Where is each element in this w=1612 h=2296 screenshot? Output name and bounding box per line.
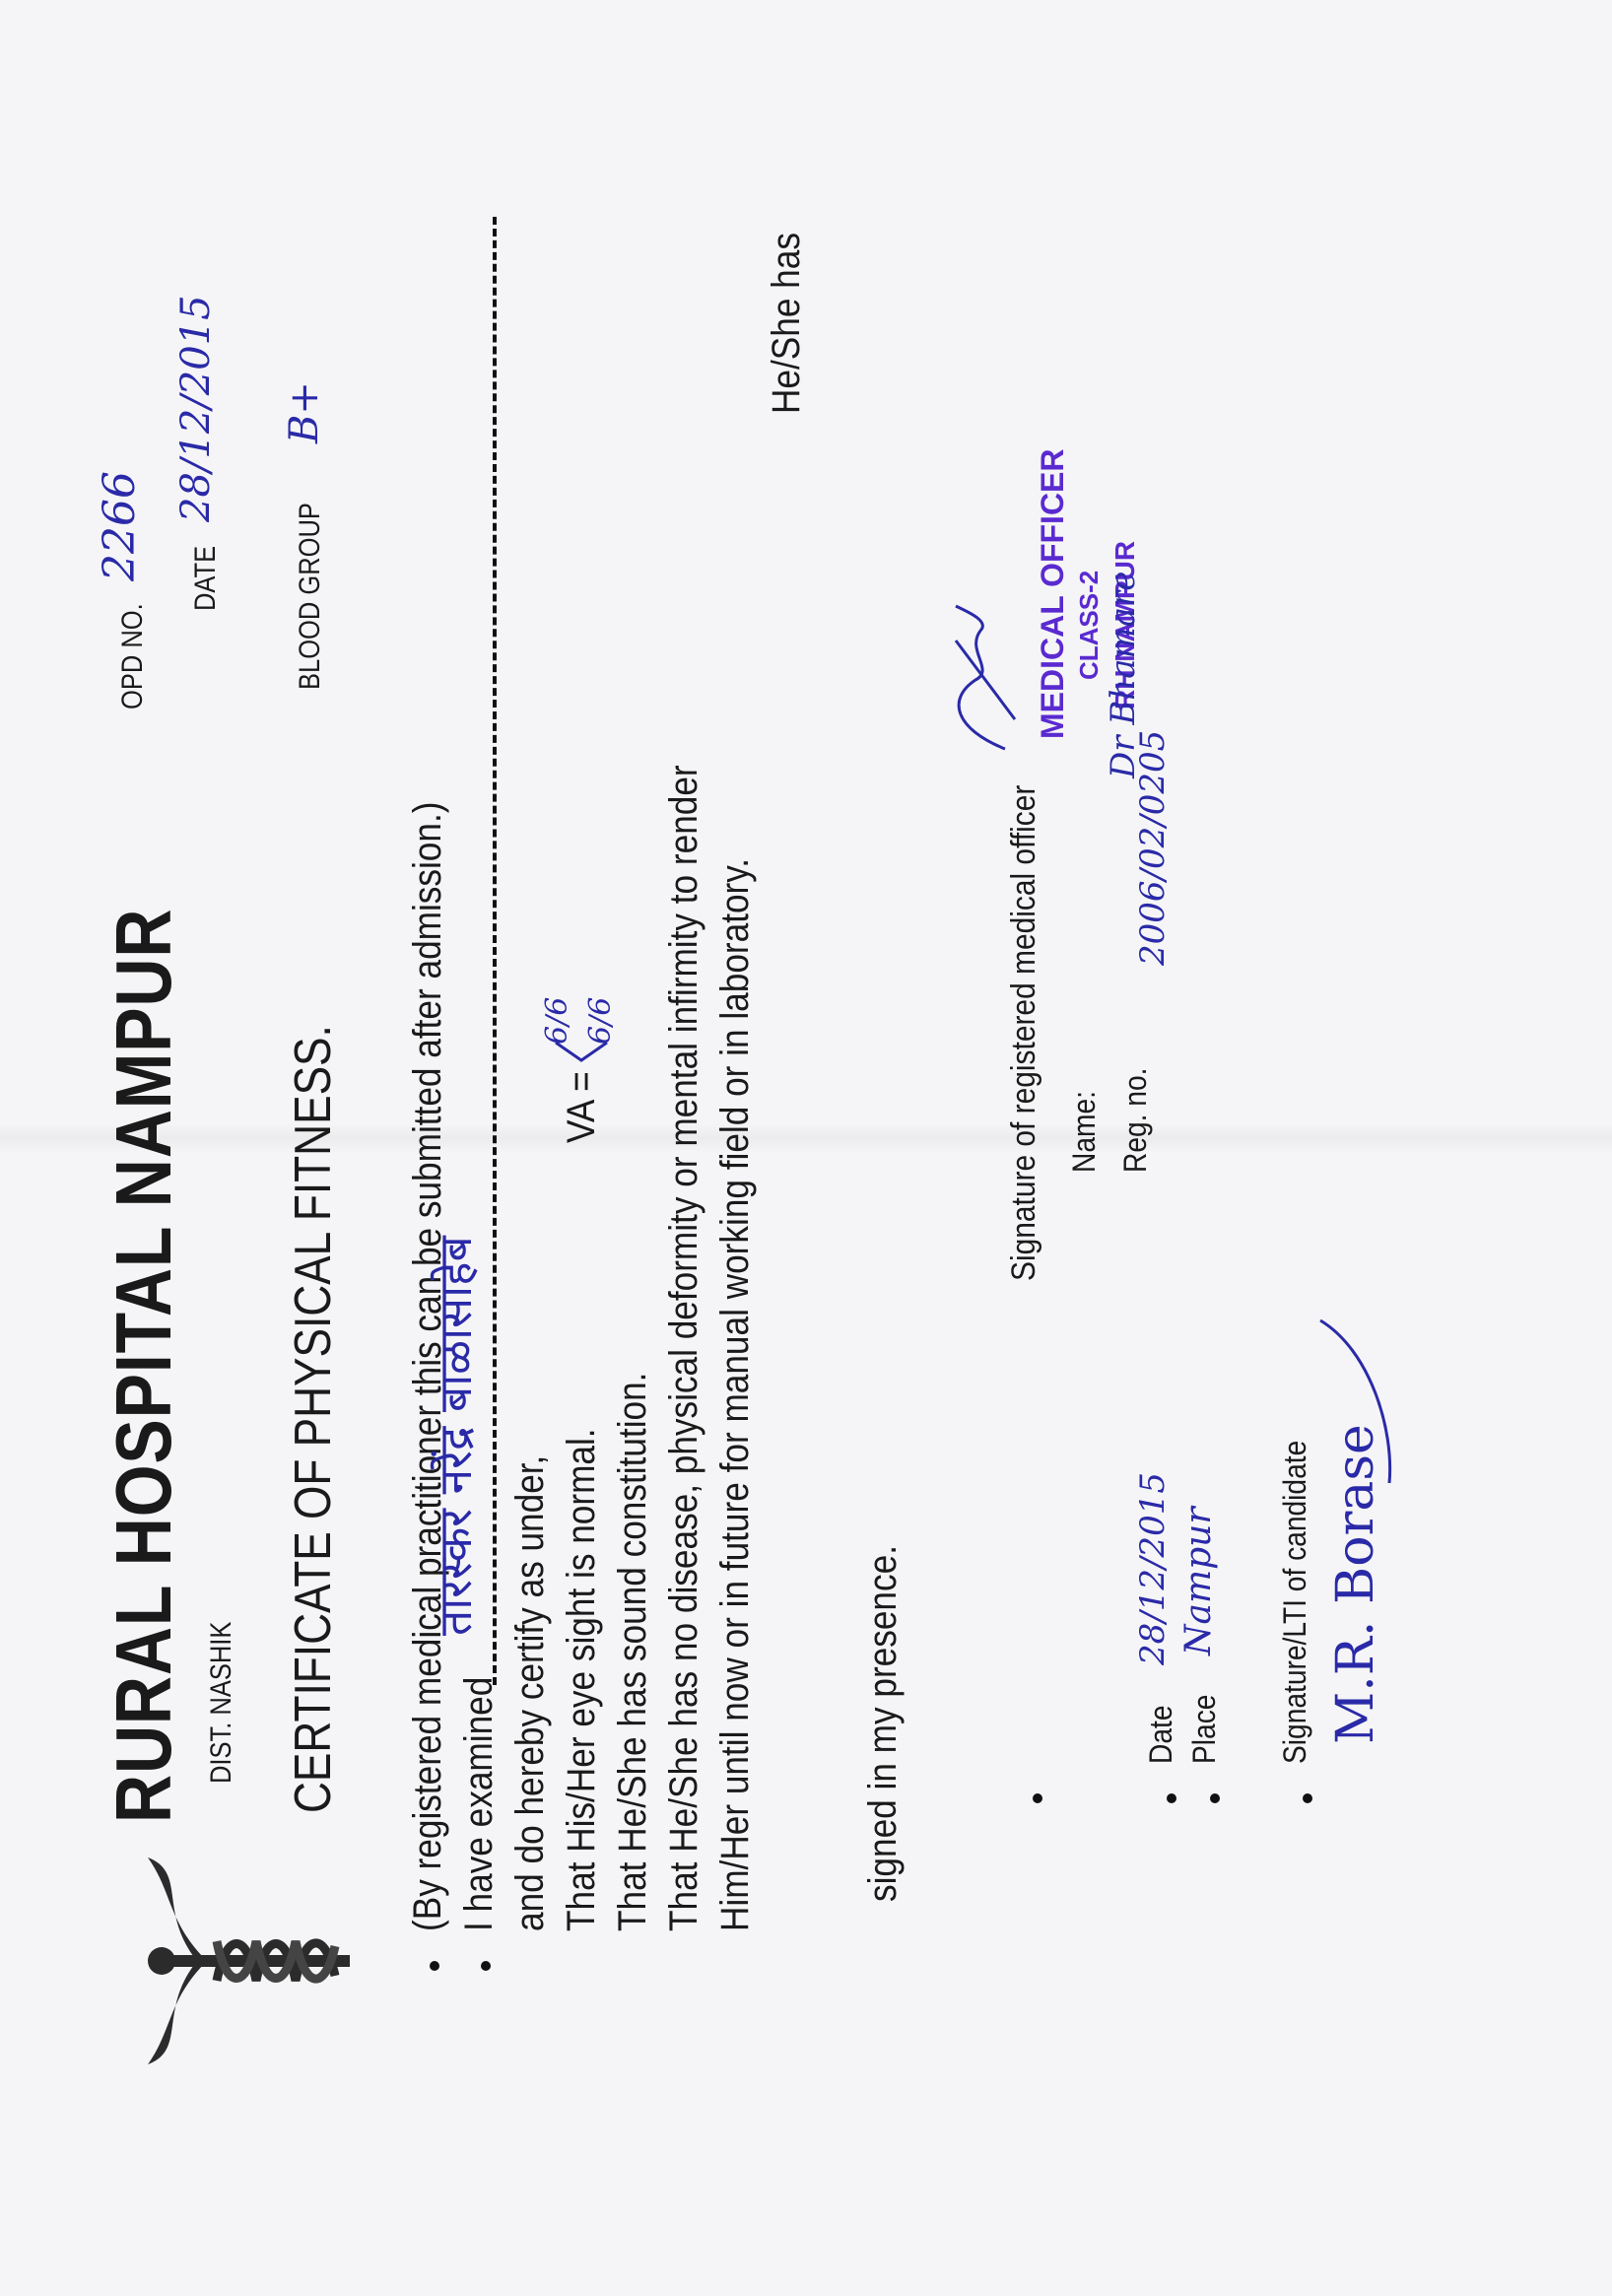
reg-no-label: Reg. no. [1117, 1068, 1154, 1173]
fold-mark [0, 1123, 1612, 1153]
reg-no-value: 2006/02/0205 [1133, 730, 1173, 966]
district-label: DIST. NASHIK [205, 1622, 238, 1784]
officer-name-label: Name: [1066, 1091, 1103, 1173]
eyesight-line: That His/Her eye sight is normal. [560, 1428, 604, 1931]
blood-group-value: B+ [282, 381, 327, 443]
candidate-place-label: Place [1186, 1695, 1223, 1764]
stamp-line-1: MEDICAL OFFICER [1035, 448, 1071, 739]
bullet [1303, 1793, 1312, 1803]
hospital-name: RURAL HOSPITAL NAMPUR [99, 909, 189, 1823]
constitution-line: That He/She has sound constitution. [611, 1373, 655, 1931]
opd-label: OPD NO. [116, 603, 150, 709]
va-left-value: 6/6 [583, 997, 618, 1045]
examined-prefix: I have examined [457, 1677, 502, 1931]
date-label: DATE [189, 546, 223, 611]
disease-line: That He/She has no disease, physical def… [662, 765, 706, 1931]
officer-signature [936, 601, 1025, 759]
examined-name-line [493, 217, 497, 1685]
examined-name: तारस्कर नरेंद्र बाळासाहेब [424, 1236, 485, 1636]
candidate-signature-label: Signature/LTI of candidate [1277, 1441, 1313, 1764]
certificate-title: CERTIFICATE OF PHYSICAL FITNESS. [284, 1025, 343, 1813]
bullet [481, 1961, 491, 1971]
stamp-line-2: CLASS-2 [1074, 571, 1105, 680]
unfit-line: Him/Her until now or in future for manua… [713, 858, 758, 1931]
officer-signature-label: Signature of registered medical officer [1005, 785, 1043, 1281]
va-label: VA = [560, 1071, 604, 1143]
he-she-has: He/She has [765, 233, 809, 414]
signed-line: signed in my presence. [861, 1545, 906, 1902]
caduceus-icon [128, 1853, 355, 2069]
bullet [1167, 1793, 1176, 1803]
bullet [1210, 1793, 1220, 1803]
date-value: 28/12/2015 [173, 295, 219, 522]
blood-group-label: BLOOD GROUP [294, 503, 327, 690]
bullet [430, 1961, 439, 1971]
candidate-date-value: 28/12/2015 [1133, 1472, 1173, 1665]
opd-value: 2266 [95, 471, 145, 581]
bullet [1033, 1793, 1042, 1803]
signature-underline [1310, 1291, 1399, 1488]
candidate-date-label: Date [1143, 1706, 1179, 1764]
fitness-certificate: RURAL HOSPITAL NAMPUR DIST. NASHIK OPD N… [0, 0, 1612, 2296]
va-right-value: 6/6 [540, 997, 574, 1045]
certify-line: and do hereby certify as under, [508, 1455, 553, 1931]
va-bracket [552, 1041, 611, 1064]
candidate-place-value: Nampur [1178, 1507, 1219, 1655]
